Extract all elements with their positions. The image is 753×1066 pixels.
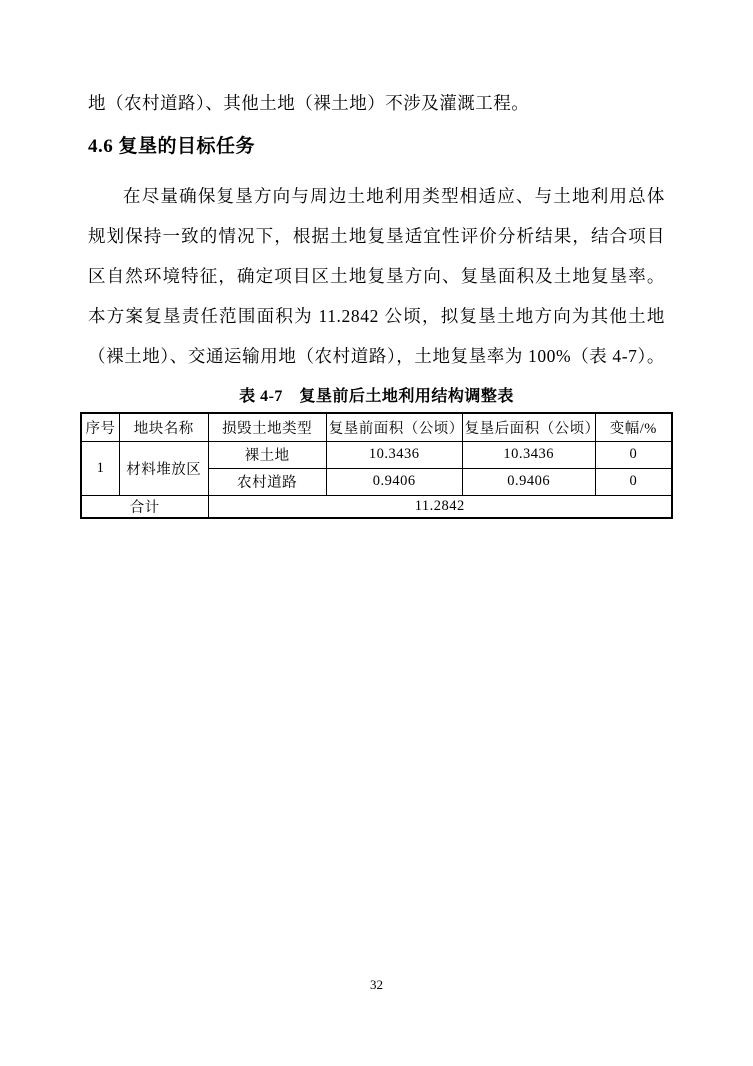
header-cell-area-before: 复垦前面积（公顷） <box>326 413 462 441</box>
header-cell-land-type: 损毁土地类型 <box>208 413 326 441</box>
page-number: 32 <box>0 977 753 993</box>
land-use-adjustment-table: 序号 地块名称 损毁土地类型 复垦前面积（公顷） 复垦后面积（公顷） 变幅/% … <box>80 412 673 519</box>
cell-change: 0 <box>595 468 672 495</box>
document-content: 地（农村道路）、其他土地（裸土地）不涉及灌溉工程。 4.6 复垦的目标任务 在尽… <box>0 0 753 519</box>
cell-area-after: 0.9406 <box>462 468 595 495</box>
header-cell-seq: 序号 <box>81 413 119 441</box>
header-cell-area-after: 复垦后面积（公顷） <box>462 413 595 441</box>
table-caption: 表 4-7 复垦前后土地利用结构调整表 <box>88 386 665 408</box>
table-row: 1 材料堆放区 裸土地 10.3436 10.3436 0 <box>81 441 672 468</box>
section-heading: 4.6 复垦的目标任务 <box>88 132 665 162</box>
cell-area-before: 0.9406 <box>326 468 462 495</box>
body-paragraph: 在尽量确保复垦方向与周边土地利用类型相适应、与土地利用总体规划保持一致的情况下，… <box>88 176 665 376</box>
intro-paragraph: 地（农村道路）、其他土地（裸土地）不涉及灌溉工程。 <box>88 84 665 122</box>
cell-land-type: 裸土地 <box>208 441 326 468</box>
table-total-row: 合计 11.2842 <box>81 495 672 518</box>
header-cell-change: 变幅/% <box>595 413 672 441</box>
document-page: 地（农村道路）、其他土地（裸土地）不涉及灌溉工程。 4.6 复垦的目标任务 在尽… <box>0 0 753 1066</box>
cell-area-before: 10.3436 <box>326 441 462 468</box>
table-header-row: 序号 地块名称 损毁土地类型 复垦前面积（公顷） 复垦后面积（公顷） 变幅/% <box>81 413 672 441</box>
total-label-cell: 合计 <box>81 495 208 518</box>
cell-seq: 1 <box>81 441 119 495</box>
header-cell-block-name: 地块名称 <box>119 413 208 441</box>
cell-block-name: 材料堆放区 <box>119 441 208 495</box>
cell-area-after: 10.3436 <box>462 441 595 468</box>
cell-land-type: 农村道路 <box>208 468 326 495</box>
cell-change: 0 <box>595 441 672 468</box>
total-value-cell: 11.2842 <box>208 495 672 518</box>
